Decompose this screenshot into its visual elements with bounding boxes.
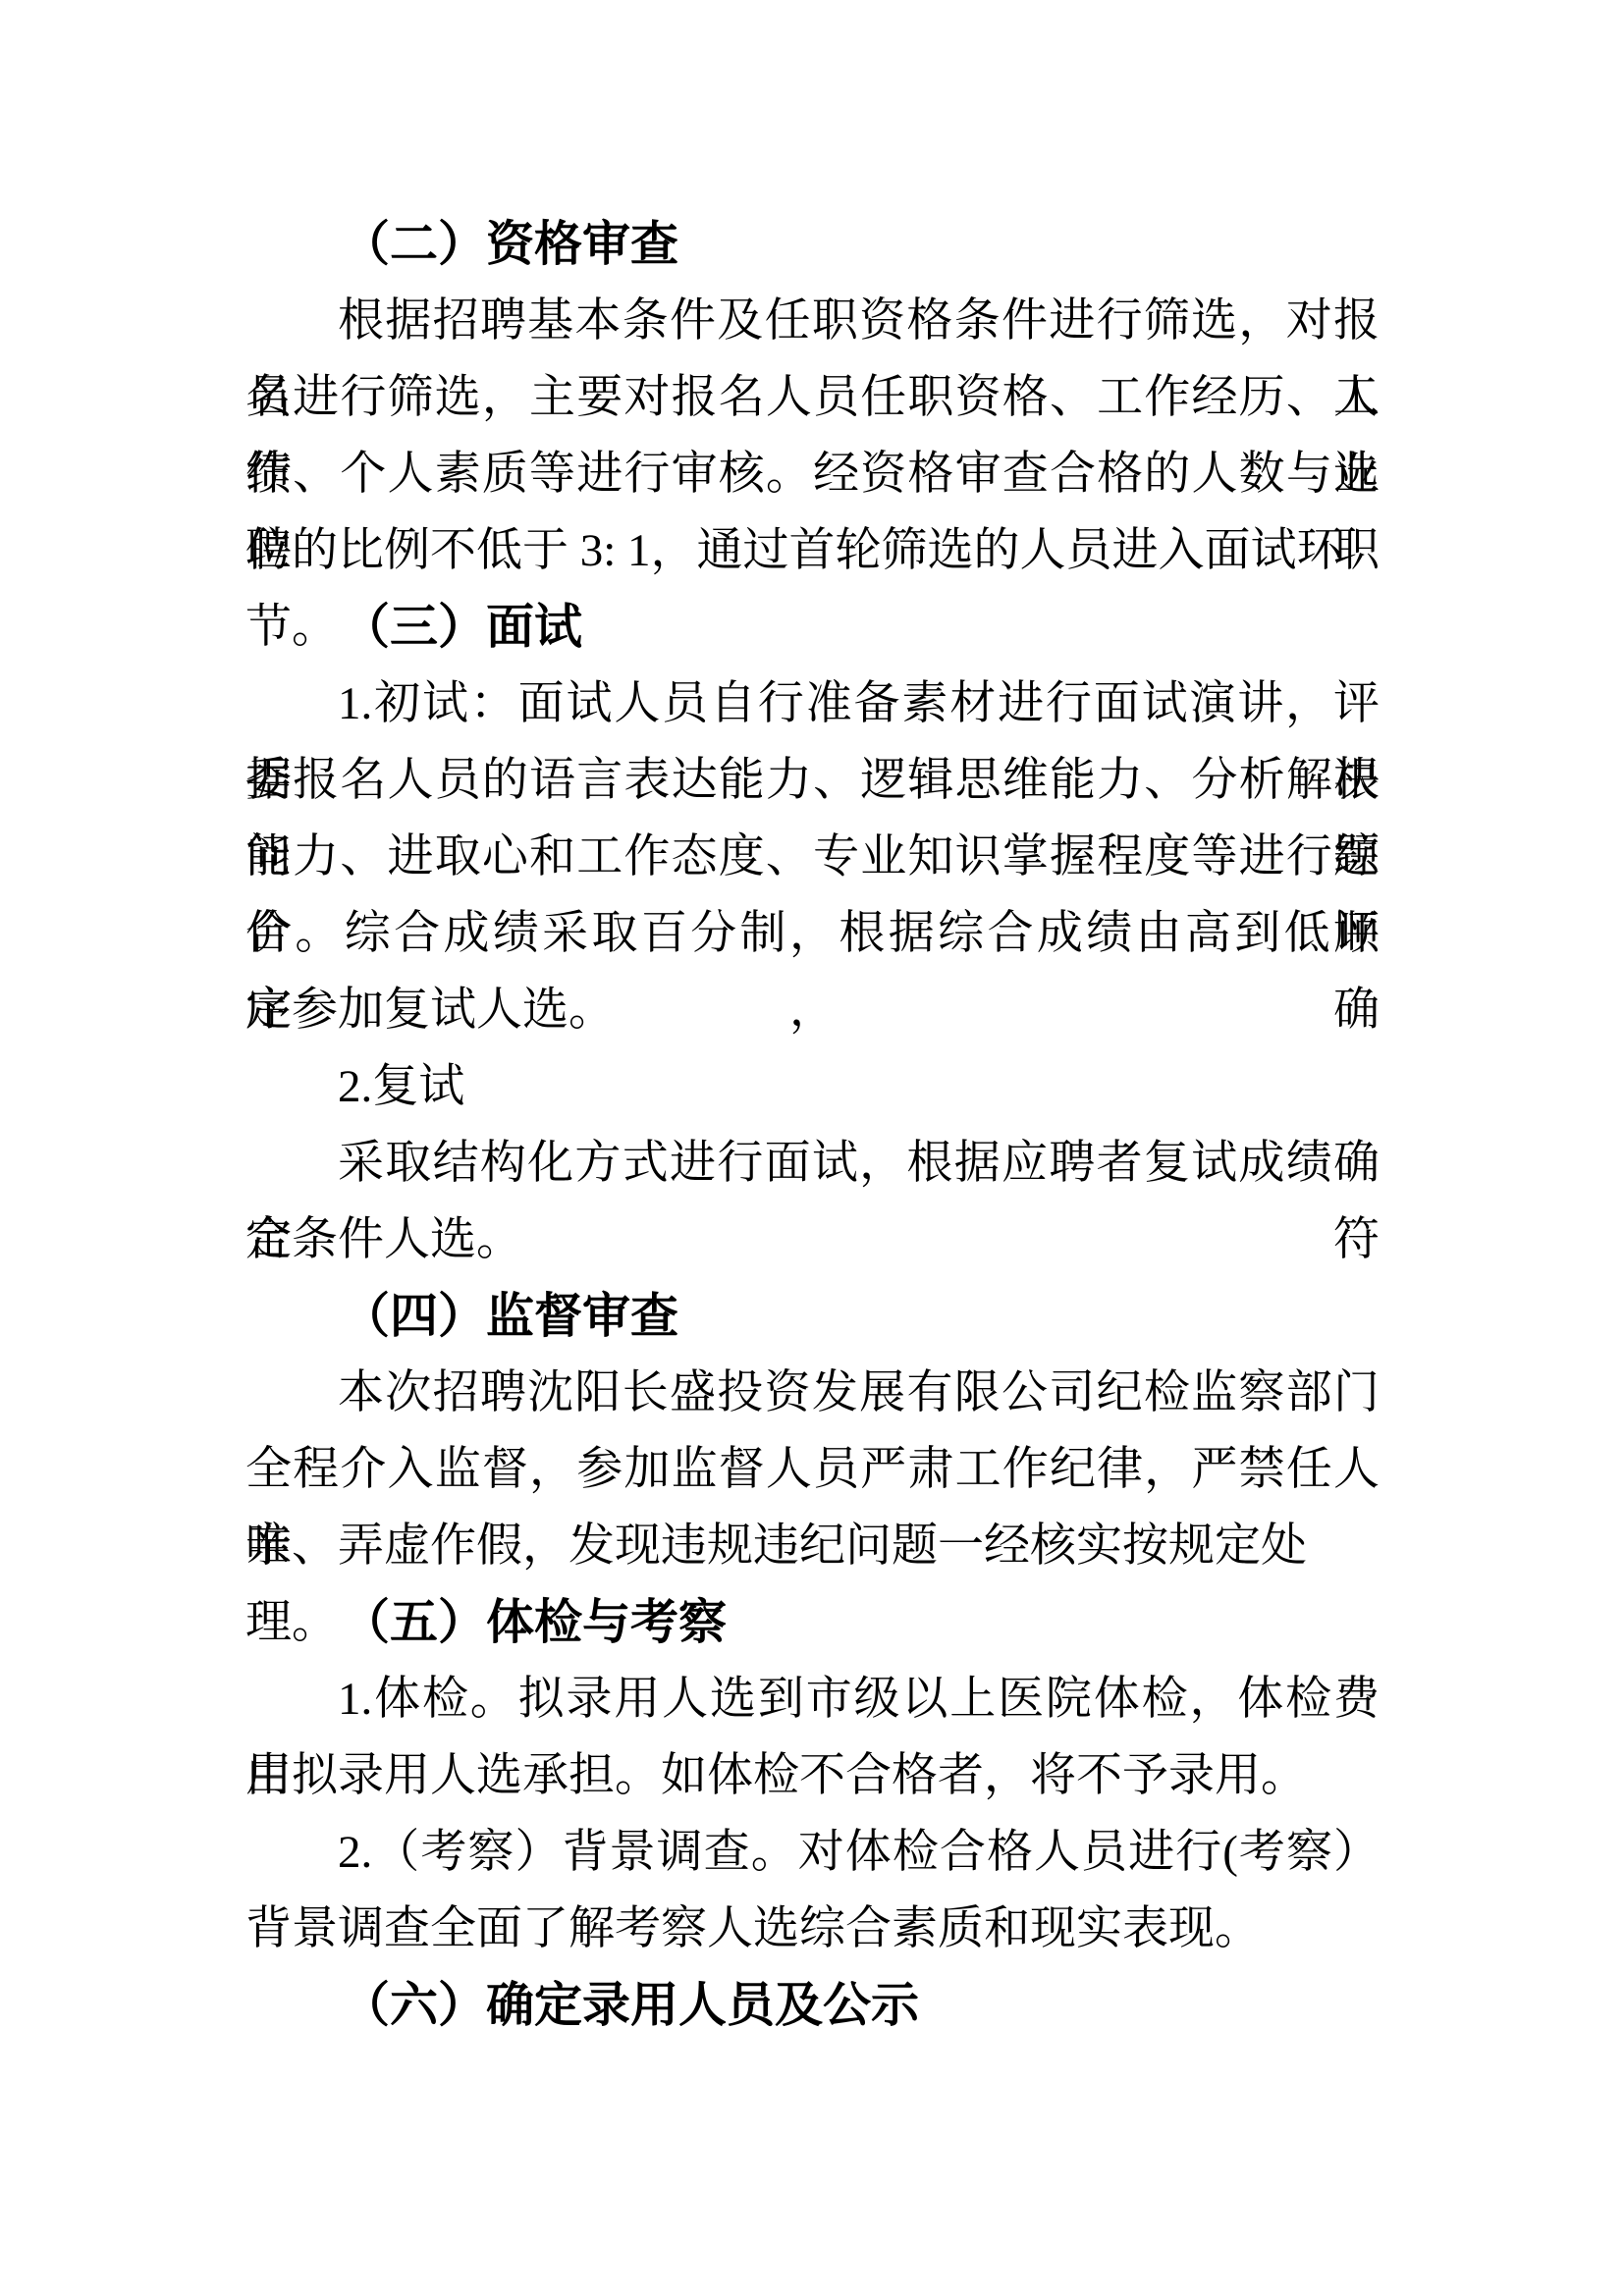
subitem-first-interview-line-1: 1.初试：面试人员自行准备素材进行面试演讲，评委根 xyxy=(245,666,1380,742)
body-line-screening-1: 根据招聘基本条件及任职资格条件进行筛选，对报名人 xyxy=(245,283,1380,359)
subitem-background-check-line-1: 2.（考察）背景调查。对体检合格人员进行(考察） xyxy=(245,1814,1380,1891)
body-line-screening-3: 绩、个人素质等进行审核。经资格审查合格的人数与选聘职 xyxy=(245,436,1380,512)
body-line-screening-2: 员进行筛选，主要对报名人员任职资格、工作经历、工作业 xyxy=(245,359,1380,436)
subitem-second-interview-line-1: 采取结构化方式进行面试，根据应聘者复试成绩确定符 xyxy=(245,1125,1380,1201)
body-line-supervision-1: 本次招聘沈阳长盛投资发展有限公司纪检监察部门 xyxy=(245,1355,1380,1431)
heading-medical-exam-and-inspection: （五）体检与考察 xyxy=(245,1584,1380,1661)
subitem-medical-exam-line-2: 由拟录用人选承担。如体检不合格者，将不予录用。 xyxy=(245,1737,1380,1814)
heading-hiring-confirmation-publicity: （六）确定录用人员及公示 xyxy=(245,1967,1380,2044)
subitem-second-interview: 2.复试 xyxy=(245,1048,1380,1125)
document-page: （二）资格审查 根据招聘基本条件及任职资格条件进行筛选，对报名人 员进行筛选，主… xyxy=(0,0,1624,2296)
body-line-screening-4: 位的比例不低于 3: 1，通过首轮筛选的人员进入面试环节。 xyxy=(245,512,1380,589)
subitem-background-check-line-2: 背景调查全面了解考察人选综合素质和现实表现。 xyxy=(245,1891,1380,1967)
subitem-first-interview-line-3: 能力、进取心和工作态度、专业知识掌握程度等进行综合评 xyxy=(245,819,1380,895)
heading-interview: （三）面试 xyxy=(245,589,1380,666)
body-line-supervision-2: 全程介入监督，参加监督人员严肃工作纪律，严禁任人唯 xyxy=(245,1431,1380,1508)
heading-qualification-review: （二）资格审查 xyxy=(245,206,1380,283)
subitem-first-interview-line-4: 价。综合成绩采取百分制，根据综合成绩由高到低顺序，确 xyxy=(245,895,1380,972)
heading-supervision-review: （四）监督审查 xyxy=(245,1278,1380,1355)
subitem-medical-exam-line-1: 1.体检。拟录用人选到市级以上医院体检，体检费用 xyxy=(245,1661,1380,1737)
body-line-supervision-3: 亲、弄虚作假，发现违规违纪问题一经核实按规定处理。 xyxy=(245,1508,1380,1584)
subitem-first-interview-line-2: 据报名人员的语言表达能力、逻辑思维能力、分析解决问题 xyxy=(245,742,1380,819)
